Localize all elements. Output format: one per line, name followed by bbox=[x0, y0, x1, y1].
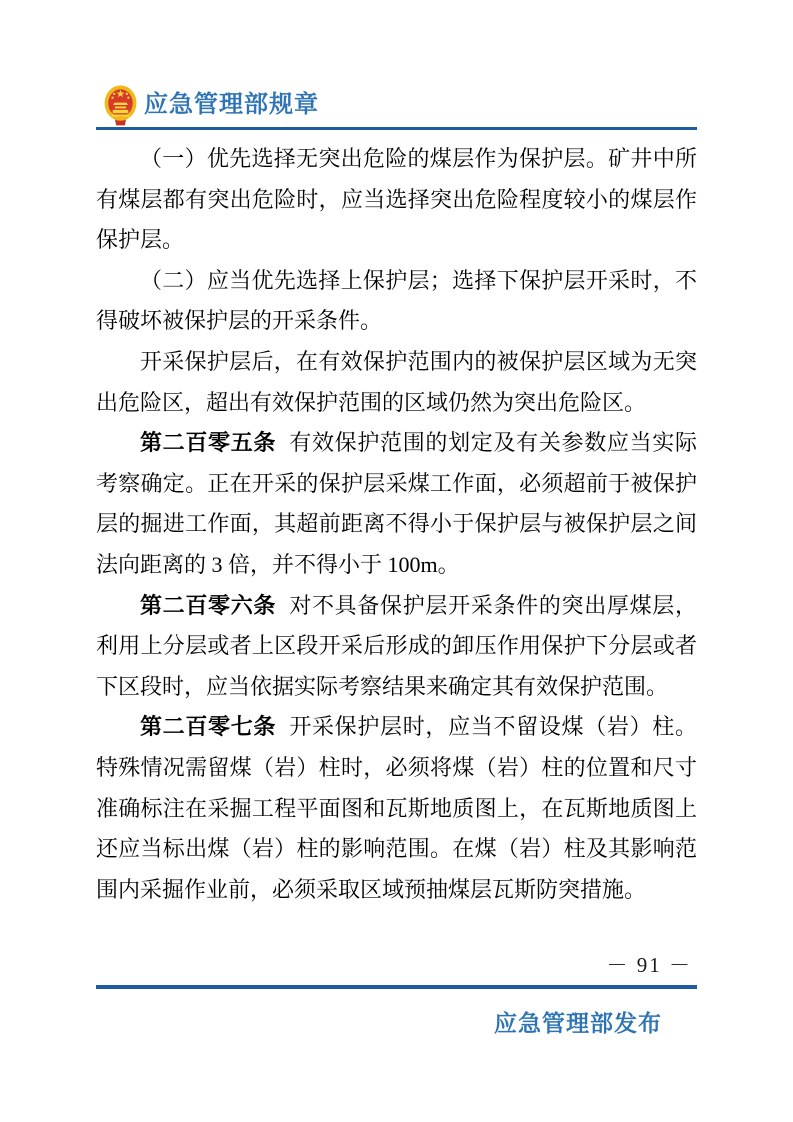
page-number: － 91 － bbox=[607, 949, 693, 979]
article-number: 第二百零六条 bbox=[140, 593, 276, 618]
publisher-label: 应急管理部发布 bbox=[494, 1005, 662, 1038]
paragraph-text: （一）优先选择无突出危险的煤层作为保护层。矿井中所有煤层都有突出危险时，应当选择… bbox=[96, 146, 697, 252]
paragraph-1: （一）优先选择无突出危险的煤层作为保护层。矿井中所有煤层都有突出危险时，应当选择… bbox=[96, 139, 697, 261]
paragraph-text: （二）应当优先选择上保护层；选择下保护层开采时，不得破坏被保护层的开采条件。 bbox=[96, 268, 697, 334]
document-body: （一）优先选择无突出危险的煤层作为保护层。矿井中所有煤层都有突出危险时，应当选择… bbox=[96, 139, 697, 910]
paragraph-6: 第二百零七条开采保护层时，应当不留设煤（岩）柱。特殊情况需留煤（岩）柱时，必须将… bbox=[96, 707, 697, 910]
paragraph-3: 开采保护层后，在有效保护范围内的被保护层区域为无突出危险区，超出有效保护范围的区… bbox=[96, 342, 697, 423]
article-number: 第二百零七条 bbox=[140, 714, 276, 739]
footer-divider-line bbox=[96, 985, 697, 989]
page-header: 应急管理部规章 bbox=[104, 84, 319, 126]
document-page: 应急管理部规章 （一）优先选择无突出危险的煤层作为保护层。矿井中所有煤层都有突出… bbox=[0, 0, 793, 1122]
paragraph-2: （二）应当优先选择上保护层；选择下保护层开采时，不得破坏被保护层的开采条件。 bbox=[96, 261, 697, 342]
national-emblem-icon bbox=[104, 84, 137, 126]
header-divider-line bbox=[96, 127, 697, 130]
paragraph-text: 开采保护层时，应当不留设煤（岩）柱。特殊情况需留煤（岩）柱时，必须将煤（岩）柱的… bbox=[96, 714, 697, 901]
paragraph-5: 第二百零六条对不具备保护层开采条件的突出厚煤层，利用上分层或者上区段开采后形成的… bbox=[96, 586, 697, 708]
article-number: 第二百零五条 bbox=[140, 430, 276, 455]
paragraph-text: 开采保护层后，在有效保护范围内的被保护层区域为无突出危险区，超出有效保护范围的区… bbox=[96, 349, 697, 415]
paragraph-4: 第二百零五条有效保护范围的划定及有关参数应当实际考察确定。正在开采的保护层采煤工… bbox=[96, 423, 697, 585]
header-title: 应急管理部规章 bbox=[144, 84, 319, 126]
